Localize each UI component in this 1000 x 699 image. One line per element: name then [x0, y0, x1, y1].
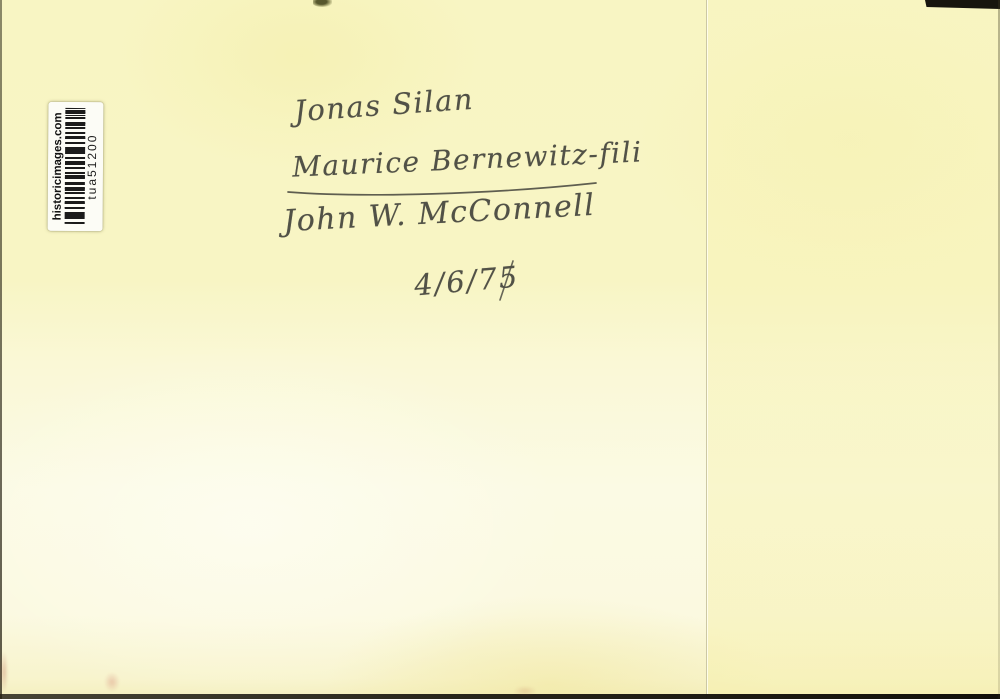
stain-mark — [514, 686, 536, 696]
top-ink-speck — [313, 0, 332, 7]
scan-edge-left — [0, 0, 2, 699]
photo-back-scan: historicimages.com tua51200 Jonas Silan … — [0, 0, 1000, 699]
scan-edge-bottom — [0, 694, 1000, 699]
barcode-sticker-content: historicimages.com tua51200 — [48, 102, 104, 231]
sticker-code-text: tua51200 — [86, 134, 98, 200]
date-slash-mark — [492, 258, 520, 304]
stain-mark — [104, 672, 120, 692]
sticker-domain-text: historicimages.com — [52, 112, 64, 220]
barcode-sticker: historicimages.com tua51200 — [48, 102, 104, 231]
stain-mark — [0, 652, 8, 692]
barcode-icon — [65, 108, 86, 224]
handwritten-name-1: Jonas Silan — [293, 82, 475, 128]
fold-crease-right-panel — [706, 0, 1000, 699]
